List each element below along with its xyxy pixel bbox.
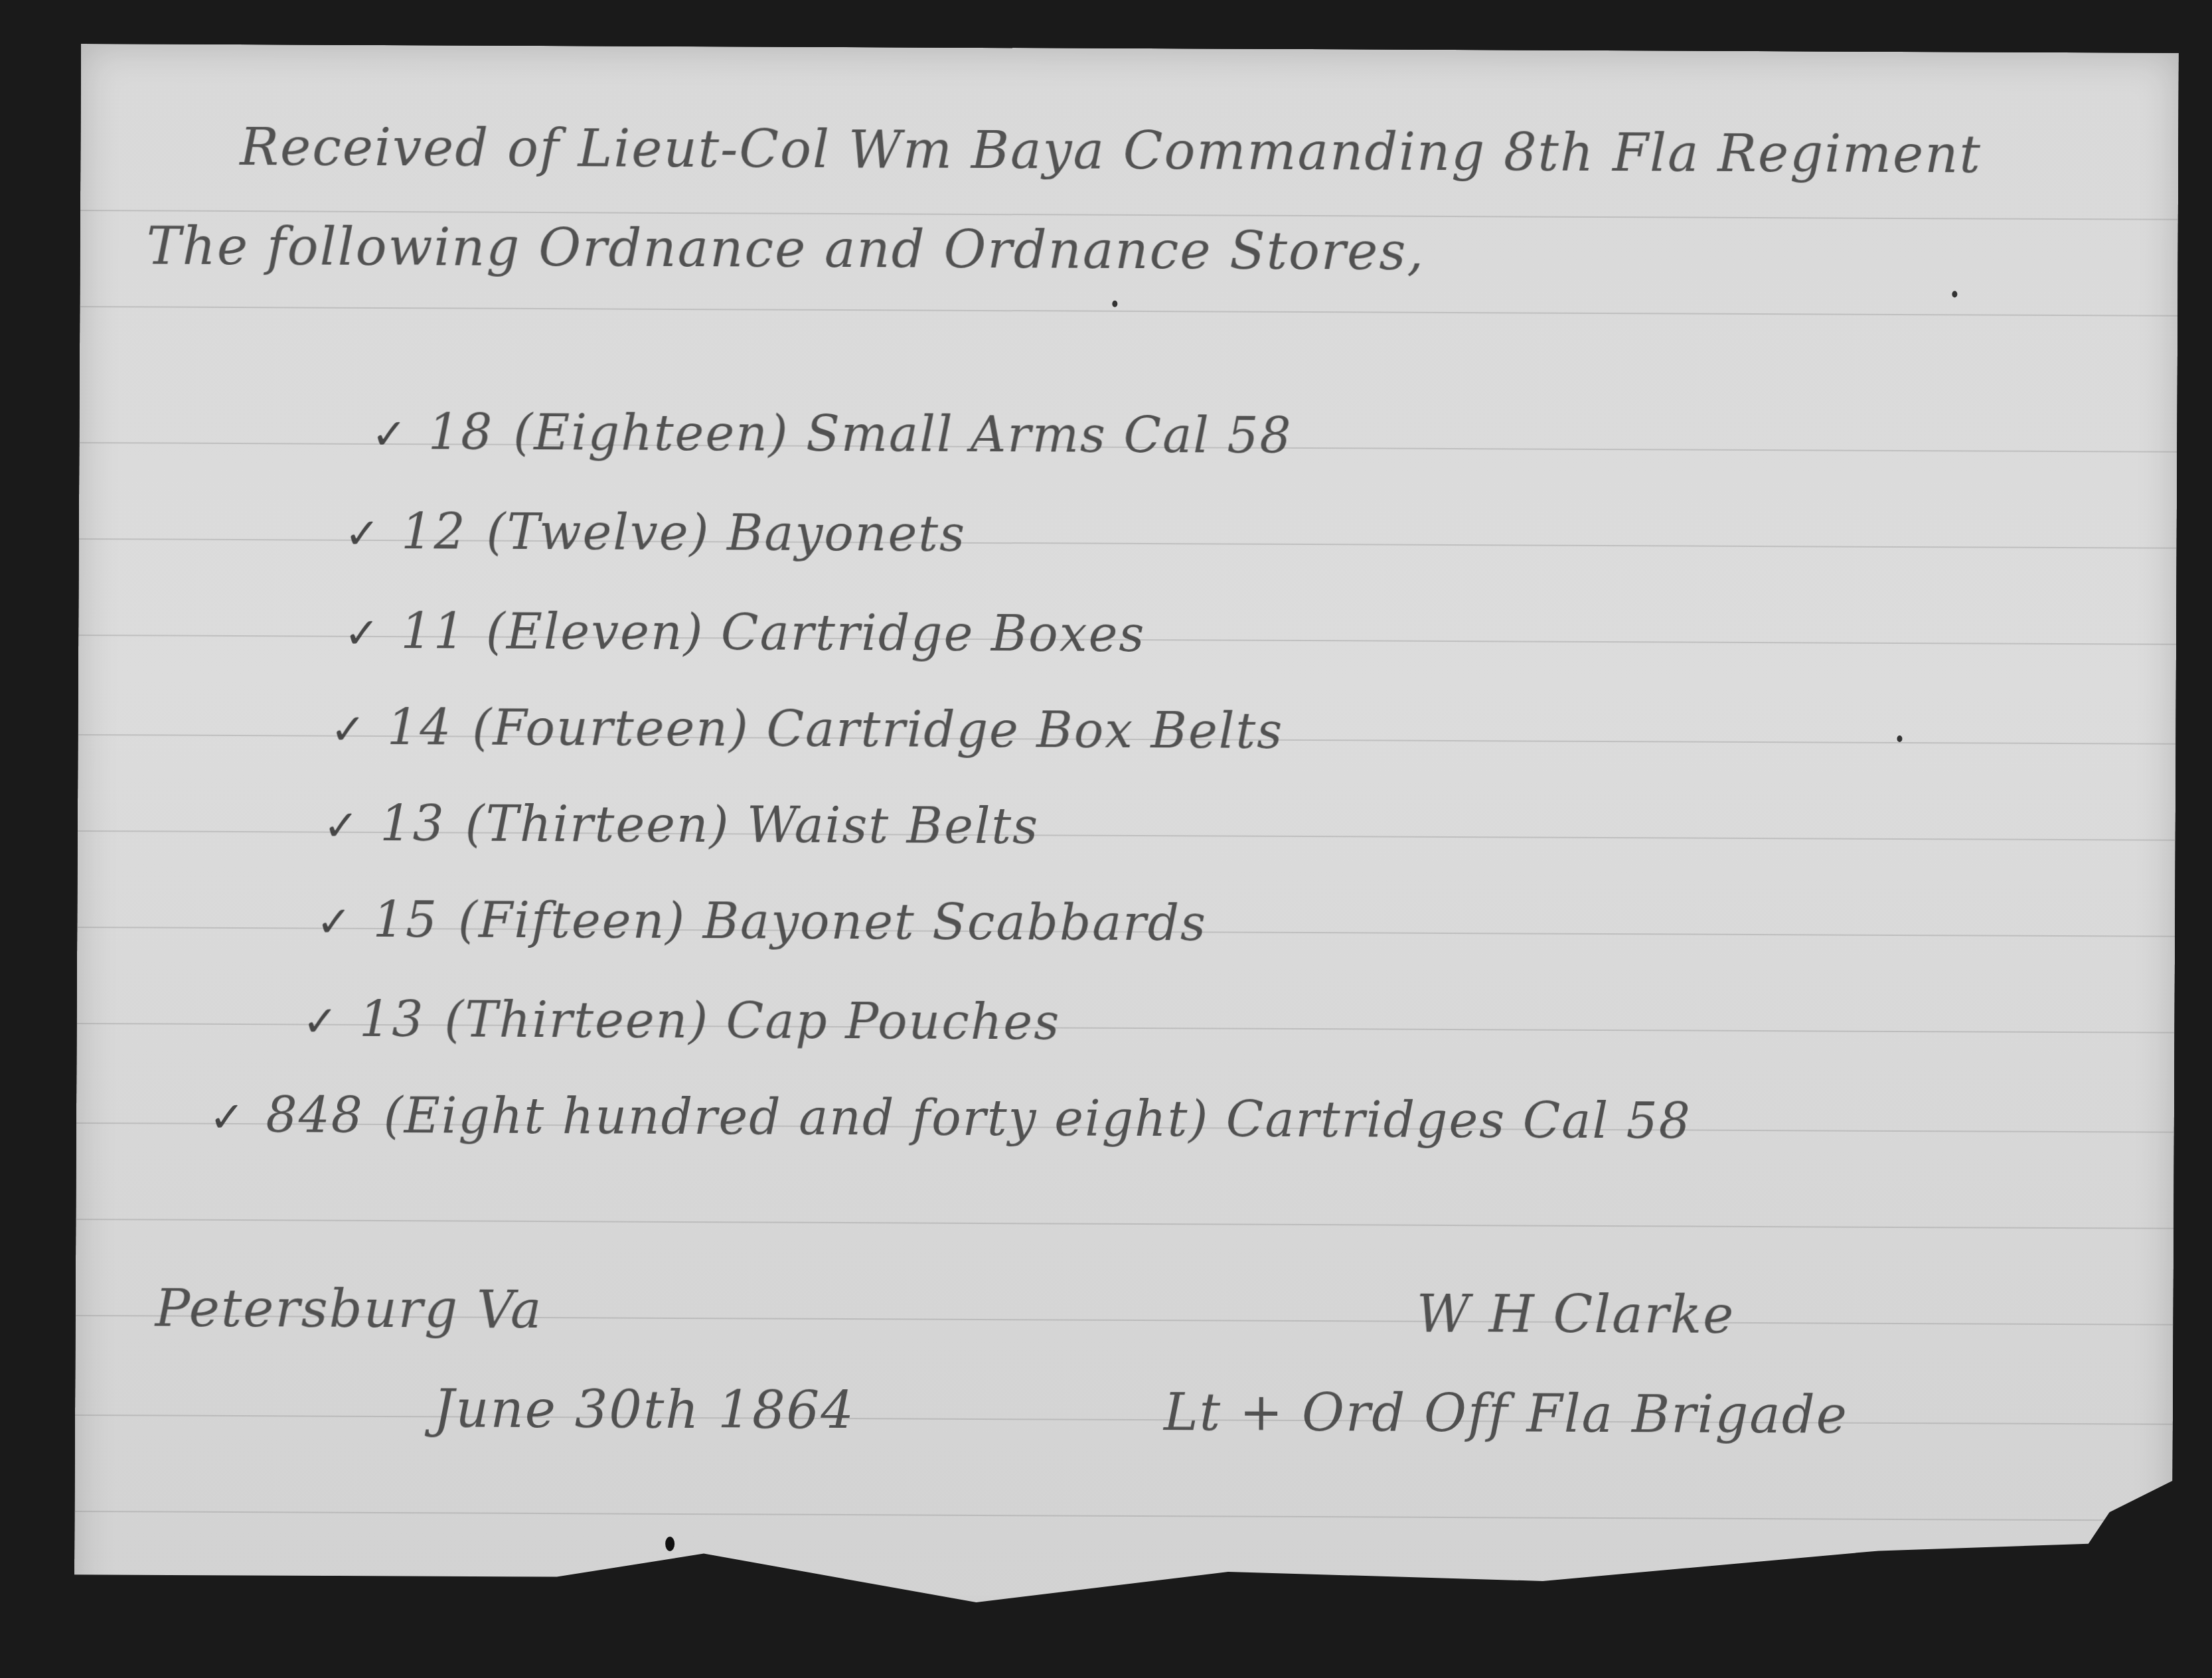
item-quantity: 848 <box>266 1087 364 1144</box>
item-row: ✓ 14 (Fourteen) Cartridge Box Belts <box>330 699 1283 760</box>
item-quantity: 15 <box>373 891 439 949</box>
checkmark-icon: ✓ <box>330 706 367 755</box>
item-quantity: 13 <box>359 991 425 1048</box>
receipt-header-line-2: The following Ordnance and Ordnance Stor… <box>146 216 1425 281</box>
item-row: ✓ 13 (Thirteen) Cap Pouches <box>302 990 1060 1051</box>
item-description: (Thirteen) Cap Pouches <box>444 991 1060 1051</box>
document-page: Received of Lieut-Col Wm Baya Commanding… <box>74 44 2179 1640</box>
item-row: ✓ 15 (Fifteen) Bayonet Scabbards <box>316 891 1207 953</box>
checkmark-icon: ✓ <box>344 609 381 658</box>
item-row: ✓ 13 (Thirteen) Waist Belts <box>323 795 1040 856</box>
receipt-header-line-1: Received of Lieut-Col Wm Baya Commanding… <box>240 117 1982 185</box>
checkmark-icon: ✓ <box>316 898 353 947</box>
item-quantity: 13 <box>380 795 445 852</box>
ruled-line <box>80 306 2177 317</box>
item-description: (Eighteen) Small Arms Cal 58 <box>513 404 1293 465</box>
ink-spot <box>1952 291 1957 297</box>
item-description: (Twelve) Bayonets <box>486 504 966 563</box>
signature-name: W H Clarke <box>1416 1284 1735 1345</box>
item-row: ✓ 11 (Eleven) Cartridge Boxes <box>344 603 1146 663</box>
item-row: ✓ 848 (Eight hundred and forty eight) Ca… <box>209 1087 1692 1150</box>
ink-spot <box>665 1537 674 1551</box>
checkmark-icon: ✓ <box>345 510 382 559</box>
item-description: (Thirteen) Waist Belts <box>465 796 1039 856</box>
date-text: June 30th 1864 <box>434 1379 855 1441</box>
item-quantity: 11 <box>401 603 467 660</box>
checkmark-icon: ✓ <box>209 1093 246 1142</box>
checkmark-icon: ✓ <box>371 410 408 459</box>
item-description: (Fifteen) Bayonet Scabbards <box>458 891 1207 952</box>
signature-title: Lt + Ord Off Fla Brigade <box>1164 1383 1848 1445</box>
ruled-line <box>75 1414 2173 1425</box>
item-quantity: 18 <box>428 404 494 461</box>
item-description: (Fourteen) Cartridge Box Belts <box>472 700 1283 760</box>
item-description: (Eight hundred and forty eight) Cartridg… <box>384 1087 1692 1150</box>
ink-spot <box>1897 735 1902 742</box>
ink-spot <box>1112 301 1117 307</box>
item-row: ✓ 18 (Eighteen) Small Arms Cal 58 <box>371 404 1293 465</box>
ruled-line <box>76 1219 2173 1229</box>
checkmark-icon: ✓ <box>302 997 339 1046</box>
item-quantity: 14 <box>387 699 453 756</box>
ruled-line <box>74 1511 2172 1521</box>
checkmark-icon: ✓ <box>323 802 360 851</box>
place-text: Petersburg Va <box>155 1279 542 1341</box>
item-quantity: 12 <box>401 503 467 560</box>
item-description: (Eleven) Cartridge Boxes <box>486 603 1146 663</box>
item-row: ✓ 12 (Twelve) Bayonets <box>345 503 967 563</box>
